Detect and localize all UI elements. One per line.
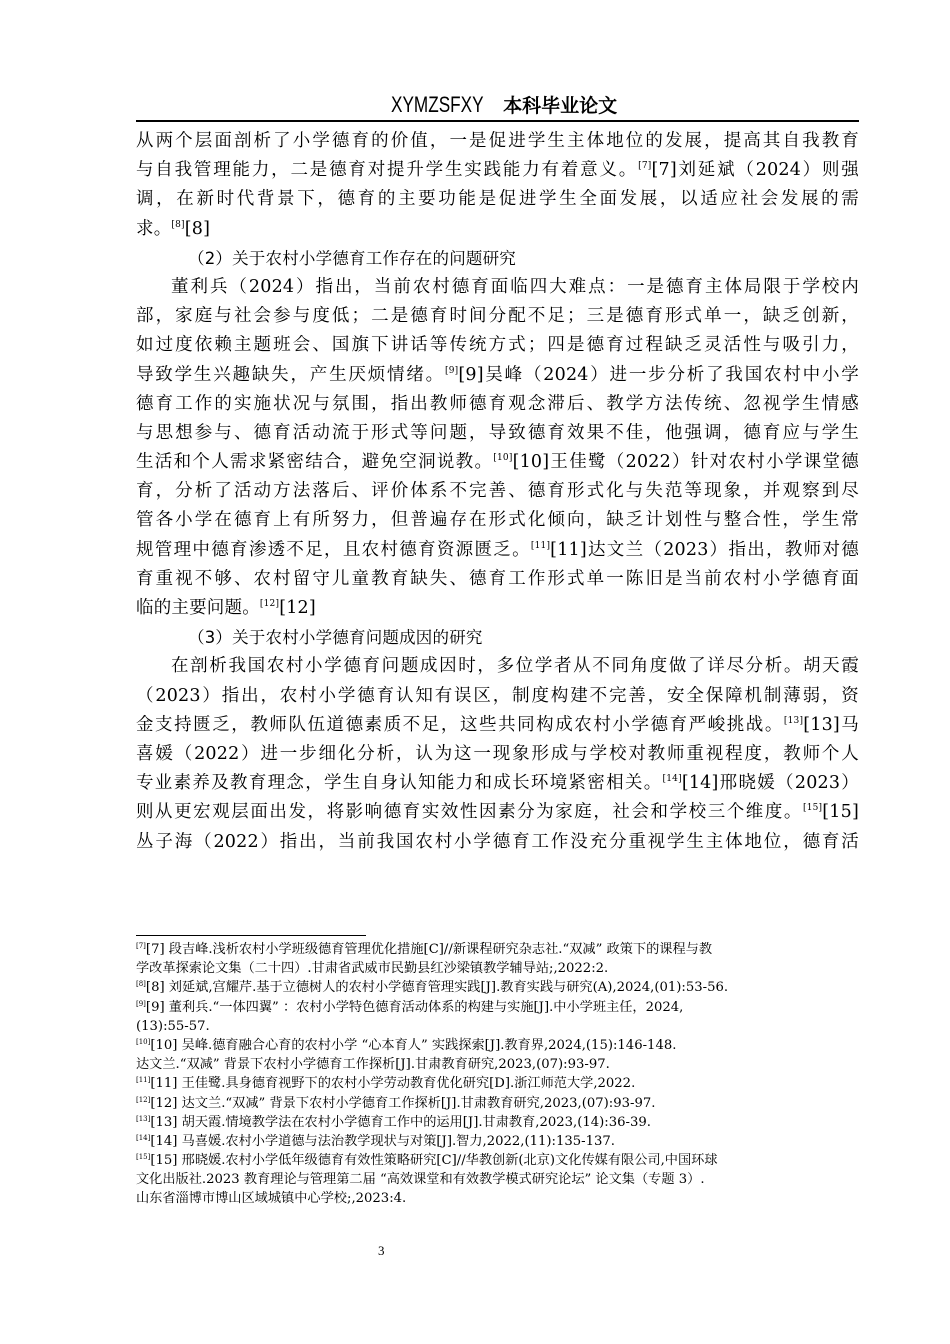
citation-sup: [13] (784, 716, 803, 726)
text: 专业素养及教育理念，学生自身认知能力和成长环境紧密相关。 (136, 773, 663, 793)
text: 管各小学在德育上有所努力，但普遍存在形式化倾向，缺乏计划性与整合性，学生常 (136, 510, 859, 530)
text: 德育工作的实施状况与氛围，指出教师德育观念滞后、教学方法传统、忽视学生情感 (136, 394, 859, 414)
body-line: 从两个层面剖析了小学德育的价值，一是促进学生主体地位的发展，提高其自我教育 (136, 127, 859, 156)
page-number: 3 (378, 1243, 385, 1259)
body-line: 则从更宏观层面出发，将影响德育实效性因素分为家庭，社会和学校三个维度。[15][… (136, 798, 859, 827)
footnote-line: [14][14] 马喜媛.农村小学道德与法治教学现状与对策[J].智力,2022… (136, 1132, 859, 1151)
footnote-separator (136, 935, 366, 936)
footnote-text: 学改革探索论文集（二十四）.甘肃省武威市民勤县红沙梁镇教学辅导站;,2022:2… (136, 961, 608, 976)
footnote-line: [13][13] 胡天霞.情境教学法在农村小学德育工作中的运用[J].甘肃教育,… (136, 1113, 859, 1132)
footnote-line: 达文兰.“双减” 背景下农村小学德育工作探析[J].甘肃教育研究,2023,(0… (136, 1055, 859, 1074)
text: [10]王佳鹭（2022）针对农村小学课堂德 (513, 452, 859, 472)
citation-sup: [9] (445, 366, 458, 376)
body-line: 与思想参与、德育活动流于形式等问题，导致德育效果不佳，他强调，德育应与学生 (136, 419, 859, 448)
footnote-text: 达文兰.“双减” 背景下农村小学德育工作探析[J].甘肃教育研究,2023,(0… (136, 1057, 610, 1072)
section-heading: （2）关于农村小学德育工作存在的问题研究 (136, 244, 859, 273)
footnote-sup: [15] (136, 1153, 150, 1161)
body-line: 临的主要问题。[12][12] (136, 594, 859, 623)
footnote-text: 山东省淄博市博山区域城镇中心学校;,2023:4. (136, 1191, 406, 1206)
text: 部，家庭与社会参与度低；二是德育时间分配不足；三是德育形式单一，缺乏创新， (136, 306, 859, 326)
footnote-sup: [9] (136, 1000, 146, 1008)
citation-sup: [14] (663, 774, 682, 784)
text: 从两个层面剖析了小学德育的价值，一是促进学生主体地位的发展，提高其自我教育 (136, 131, 859, 151)
text: [7]刘延斌（2024）则强 (651, 160, 859, 180)
section-heading: （3）关于农村小学德育问题成因的研究 (136, 623, 859, 652)
footnote-text: (13):55-57. (136, 1019, 210, 1034)
footnote-text: [7] 段吉峰.浅析农村小学班级德育管理优化措施[C]//新课程研究杂志社.“双… (146, 942, 712, 957)
body-line: 与自我管理能力，二是德育对提升学生实践能力有着意义。[7][7]刘延斌（2024… (136, 156, 859, 185)
footnote-text: 文化出版社.2023 教育理论与管理第二届 “高效课堂和有效教学模式研究论坛” … (136, 1172, 705, 1187)
footnote-sup: [12] (136, 1096, 150, 1104)
body-line: 如过度依赖主题班会、国旗下讲话等传统方式；四是德育过程缺乏灵活性与吸引力， (136, 331, 859, 360)
text: 导致学生兴趣缺失，产生厌烦情绪。 (136, 365, 445, 385)
footnote-text: [13] 胡天霞.情境教学法在农村小学德育工作中的运用[J].甘肃教育,2023… (150, 1115, 651, 1130)
text: 则从更宏观层面出发，将影响德育实效性因素分为家庭，社会和学校三个维度。 (136, 802, 803, 822)
text: [11]达文兰（2023）指出，教师对德 (550, 540, 859, 560)
footnote-line: 文化出版社.2023 教育理论与管理第二届 “高效课堂和有效教学模式研究论坛” … (136, 1170, 859, 1189)
text: （2023）指出，农村小学德育认知有误区，制度构建不完善，安全保障机制薄弱，资 (136, 686, 859, 706)
footnote-sup: [8] (136, 980, 146, 988)
body-line: 在剖析我国农村小学德育问题成因时，多位学者从不同角度做了详尽分析。胡天霞 (136, 652, 859, 681)
footnote-sup: [13] (136, 1115, 150, 1123)
text: 规管理中德育渗透不足，且农村德育资源匮乏。 (136, 540, 531, 560)
text: [14]邢晓媛（2023） (682, 773, 859, 793)
page-header: XYMZSFXY 本科毕业论文 (136, 92, 859, 119)
text: 育重视不够、农村留守儿童教育缺失、德育工作形式单一陈旧是当前农村小学德育面 (136, 569, 859, 589)
citation-sup: [8] (171, 220, 184, 230)
body-line: 生活和个人需求紧密结合，避免空洞说教。[10][10]王佳鹭（2022）针对农村… (136, 448, 859, 477)
footnote-text: [9] 董利兵.“一体四翼” ：农村小学特色德育活动体系的构建与实施[J].中小… (146, 1000, 683, 1015)
text: 在剖析我国农村小学德育问题成因时，多位学者从不同角度做了详尽分析。胡天霞 (171, 656, 859, 676)
text: [8] (185, 219, 210, 239)
text: 生活和个人需求紧密结合，避免空洞说教。 (136, 452, 493, 472)
body-line: 育重视不够、农村留守儿童教育缺失、德育工作形式单一陈旧是当前农村小学德育面 (136, 565, 859, 594)
footnotes: [7][7] 段吉峰.浅析农村小学班级德育管理优化措施[C]//新课程研究杂志社… (136, 940, 859, 1209)
footnote-sup: [10] (136, 1038, 150, 1046)
header-cn-title: 本科毕业论文 (503, 95, 617, 117)
footnote-text: [14] 马喜媛.农村小学道德与法治教学现状与对策[J].智力,2022,(11… (150, 1134, 615, 1149)
footnote-line: [12][12] 达文兰.“双减” 背景下农村小学德育工作探析[J].甘肃教育研… (136, 1094, 859, 1113)
footnote-text: [15] 邢晓媛.农村小学低年级德育有效性策略研究[C]//华教创新(北京)文化… (150, 1153, 717, 1168)
body-line: 育，分析了活动方法落后、评价体系不完善、德育形式化与失范等现象，并观察到尽 (136, 477, 859, 506)
footnote-sup: [7] (136, 942, 146, 950)
body-line: 规管理中德育渗透不足，且农村德育资源匮乏。[11][11]达文兰（2023）指出… (136, 536, 859, 565)
header-rule (136, 120, 859, 122)
text: 与自我管理能力，二是德育对提升学生实践能力有着意义。 (136, 160, 638, 180)
text: [12] (279, 598, 316, 618)
body-line: 喜媛（2022）进一步细化分析，认为这一现象形成与学校对教师重视程度，教师个人 (136, 740, 859, 769)
footnote-sup: [14] (136, 1134, 150, 1142)
text: 求。 (136, 219, 171, 239)
body-text: 从两个层面剖析了小学德育的价值，一是促进学生主体地位的发展，提高其自我教育 与自… (136, 127, 859, 857)
footnote-line: [9][9] 董利兵.“一体四翼” ：农村小学特色德育活动体系的构建与实施[J]… (136, 998, 859, 1017)
footnote-line: 学改革探索论文集（二十四）.甘肃省武威市民勤县红沙梁镇教学辅导站;,2022:2… (136, 959, 859, 978)
text: [13]马 (803, 715, 859, 735)
footnote-text: [12] 达文兰.“双减” 背景下农村小学德育工作探析[J].甘肃教育研究,20… (150, 1096, 655, 1111)
footnote-line: (13):55-57. (136, 1017, 859, 1036)
footnote-line: [8][8] 刘延斌,宫耀芹.基于立德树人的农村小学德育管理实践[J].教育实践… (136, 978, 859, 997)
heading-text: （2）关于农村小学德育工作存在的问题研究 (188, 249, 516, 268)
heading-text: （3）关于农村小学德育问题成因的研究 (188, 628, 483, 647)
citation-sup: [15] (803, 803, 822, 813)
body-line: 董利兵（2024）指出，当前农村德育面临四大难点：一是德育主体局限于学校内 (136, 273, 859, 302)
body-line: 金支持匮乏，教师队伍道德素质不足，这些共同构成农村小学德育严峻挑战。[13][1… (136, 711, 859, 740)
citation-sup: [7] (638, 161, 651, 171)
text: 喜媛（2022）进一步细化分析，认为这一现象形成与学校对教师重视程度，教师个人 (136, 744, 859, 764)
header-latin-title: XYMZSFXY (391, 92, 483, 118)
footnote-line: [7][7] 段吉峰.浅析农村小学班级德育管理优化措施[C]//新课程研究杂志社… (136, 940, 859, 959)
body-line: 求。[8][8] (136, 215, 859, 244)
body-line: 调，在新时代背景下，德育的主要功能是促进学生全面发展，以适应社会发展的需 (136, 185, 859, 214)
text: [15] (822, 802, 859, 822)
body-line: 导致学生兴趣缺失，产生厌烦情绪。[9][9]吴峰（2024）进一步分析了我国农村… (136, 361, 859, 390)
text: 调，在新时代背景下，德育的主要功能是促进学生全面发展，以适应社会发展的需 (136, 189, 859, 209)
citation-sup: [10] (493, 453, 512, 463)
text: 育，分析了活动方法落后、评价体系不完善、德育形式化与失范等现象，并观察到尽 (136, 481, 859, 501)
text: 与思想参与、德育活动流于形式等问题，导致德育效果不佳，他强调，德育应与学生 (136, 423, 859, 443)
text: 临的主要问题。 (136, 598, 260, 618)
text: 如过度依赖主题班会、国旗下讲话等传统方式；四是德育过程缺乏灵活性与吸引力， (136, 335, 859, 355)
citation-sup: [12] (260, 599, 279, 609)
text: 董利兵（2024）指出，当前农村德育面临四大难点：一是德育主体局限于学校内 (171, 277, 859, 297)
citation-sup: [11] (531, 541, 550, 551)
footnote-text: [8] 刘延斌,宫耀芹.基于立德树人的农村小学德育管理实践[J].教育实践与研究… (146, 980, 728, 995)
footnote-line: [11][11] 王佳鹭.具身德育视野下的农村小学劳动教育优化研究[D].浙江师… (136, 1074, 859, 1093)
footnote-text: [10] 吴峰.德育融合心育的农村小学 “心本育人” 实践探索[J].教育界,2… (150, 1038, 676, 1053)
document-page: XYMZSFXY 本科毕业论文 从两个层面剖析了小学德育的价值，一是促进学生主体… (0, 0, 950, 1344)
text: [9]吴峰（2024）进一步分析了我国农村中小学 (458, 365, 859, 385)
text: 丛子海（2022）指出，当前我国农村小学德育工作没充分重视学生主体地位，德育活 (136, 832, 859, 852)
footnote-line: [15][15] 邢晓媛.农村小学低年级德育有效性策略研究[C]//华教创新(北… (136, 1151, 859, 1170)
text: 金支持匮乏，教师队伍道德素质不足，这些共同构成农村小学德育严峻挑战。 (136, 715, 784, 735)
footnote-text: [11] 王佳鹭.具身德育视野下的农村小学劳动教育优化研究[D].浙江师范大学,… (150, 1076, 635, 1091)
footnote-line: 山东省淄博市博山区域城镇中心学校;,2023:4. (136, 1189, 859, 1208)
body-line: （2023）指出，农村小学德育认知有误区，制度构建不完善，安全保障机制薄弱，资 (136, 682, 859, 711)
body-line: 部，家庭与社会参与度低；二是德育时间分配不足；三是德育形式单一，缺乏创新， (136, 302, 859, 331)
footnote-line: [10][10] 吴峰.德育融合心育的农村小学 “心本育人” 实践探索[J].教… (136, 1036, 859, 1055)
body-line: 德育工作的实施状况与氛围，指出教师德育观念滞后、教学方法传统、忽视学生情感 (136, 390, 859, 419)
body-line: 专业素养及教育理念，学生自身认知能力和成长环境紧密相关。[14][14]邢晓媛（… (136, 769, 859, 798)
body-line: 丛子海（2022）指出，当前我国农村小学德育工作没充分重视学生主体地位，德育活 (136, 828, 859, 857)
footnote-sup: [11] (136, 1076, 150, 1084)
body-line: 管各小学在德育上有所努力，但普遍存在形式化倾向，缺乏计划性与整合性，学生常 (136, 506, 859, 535)
